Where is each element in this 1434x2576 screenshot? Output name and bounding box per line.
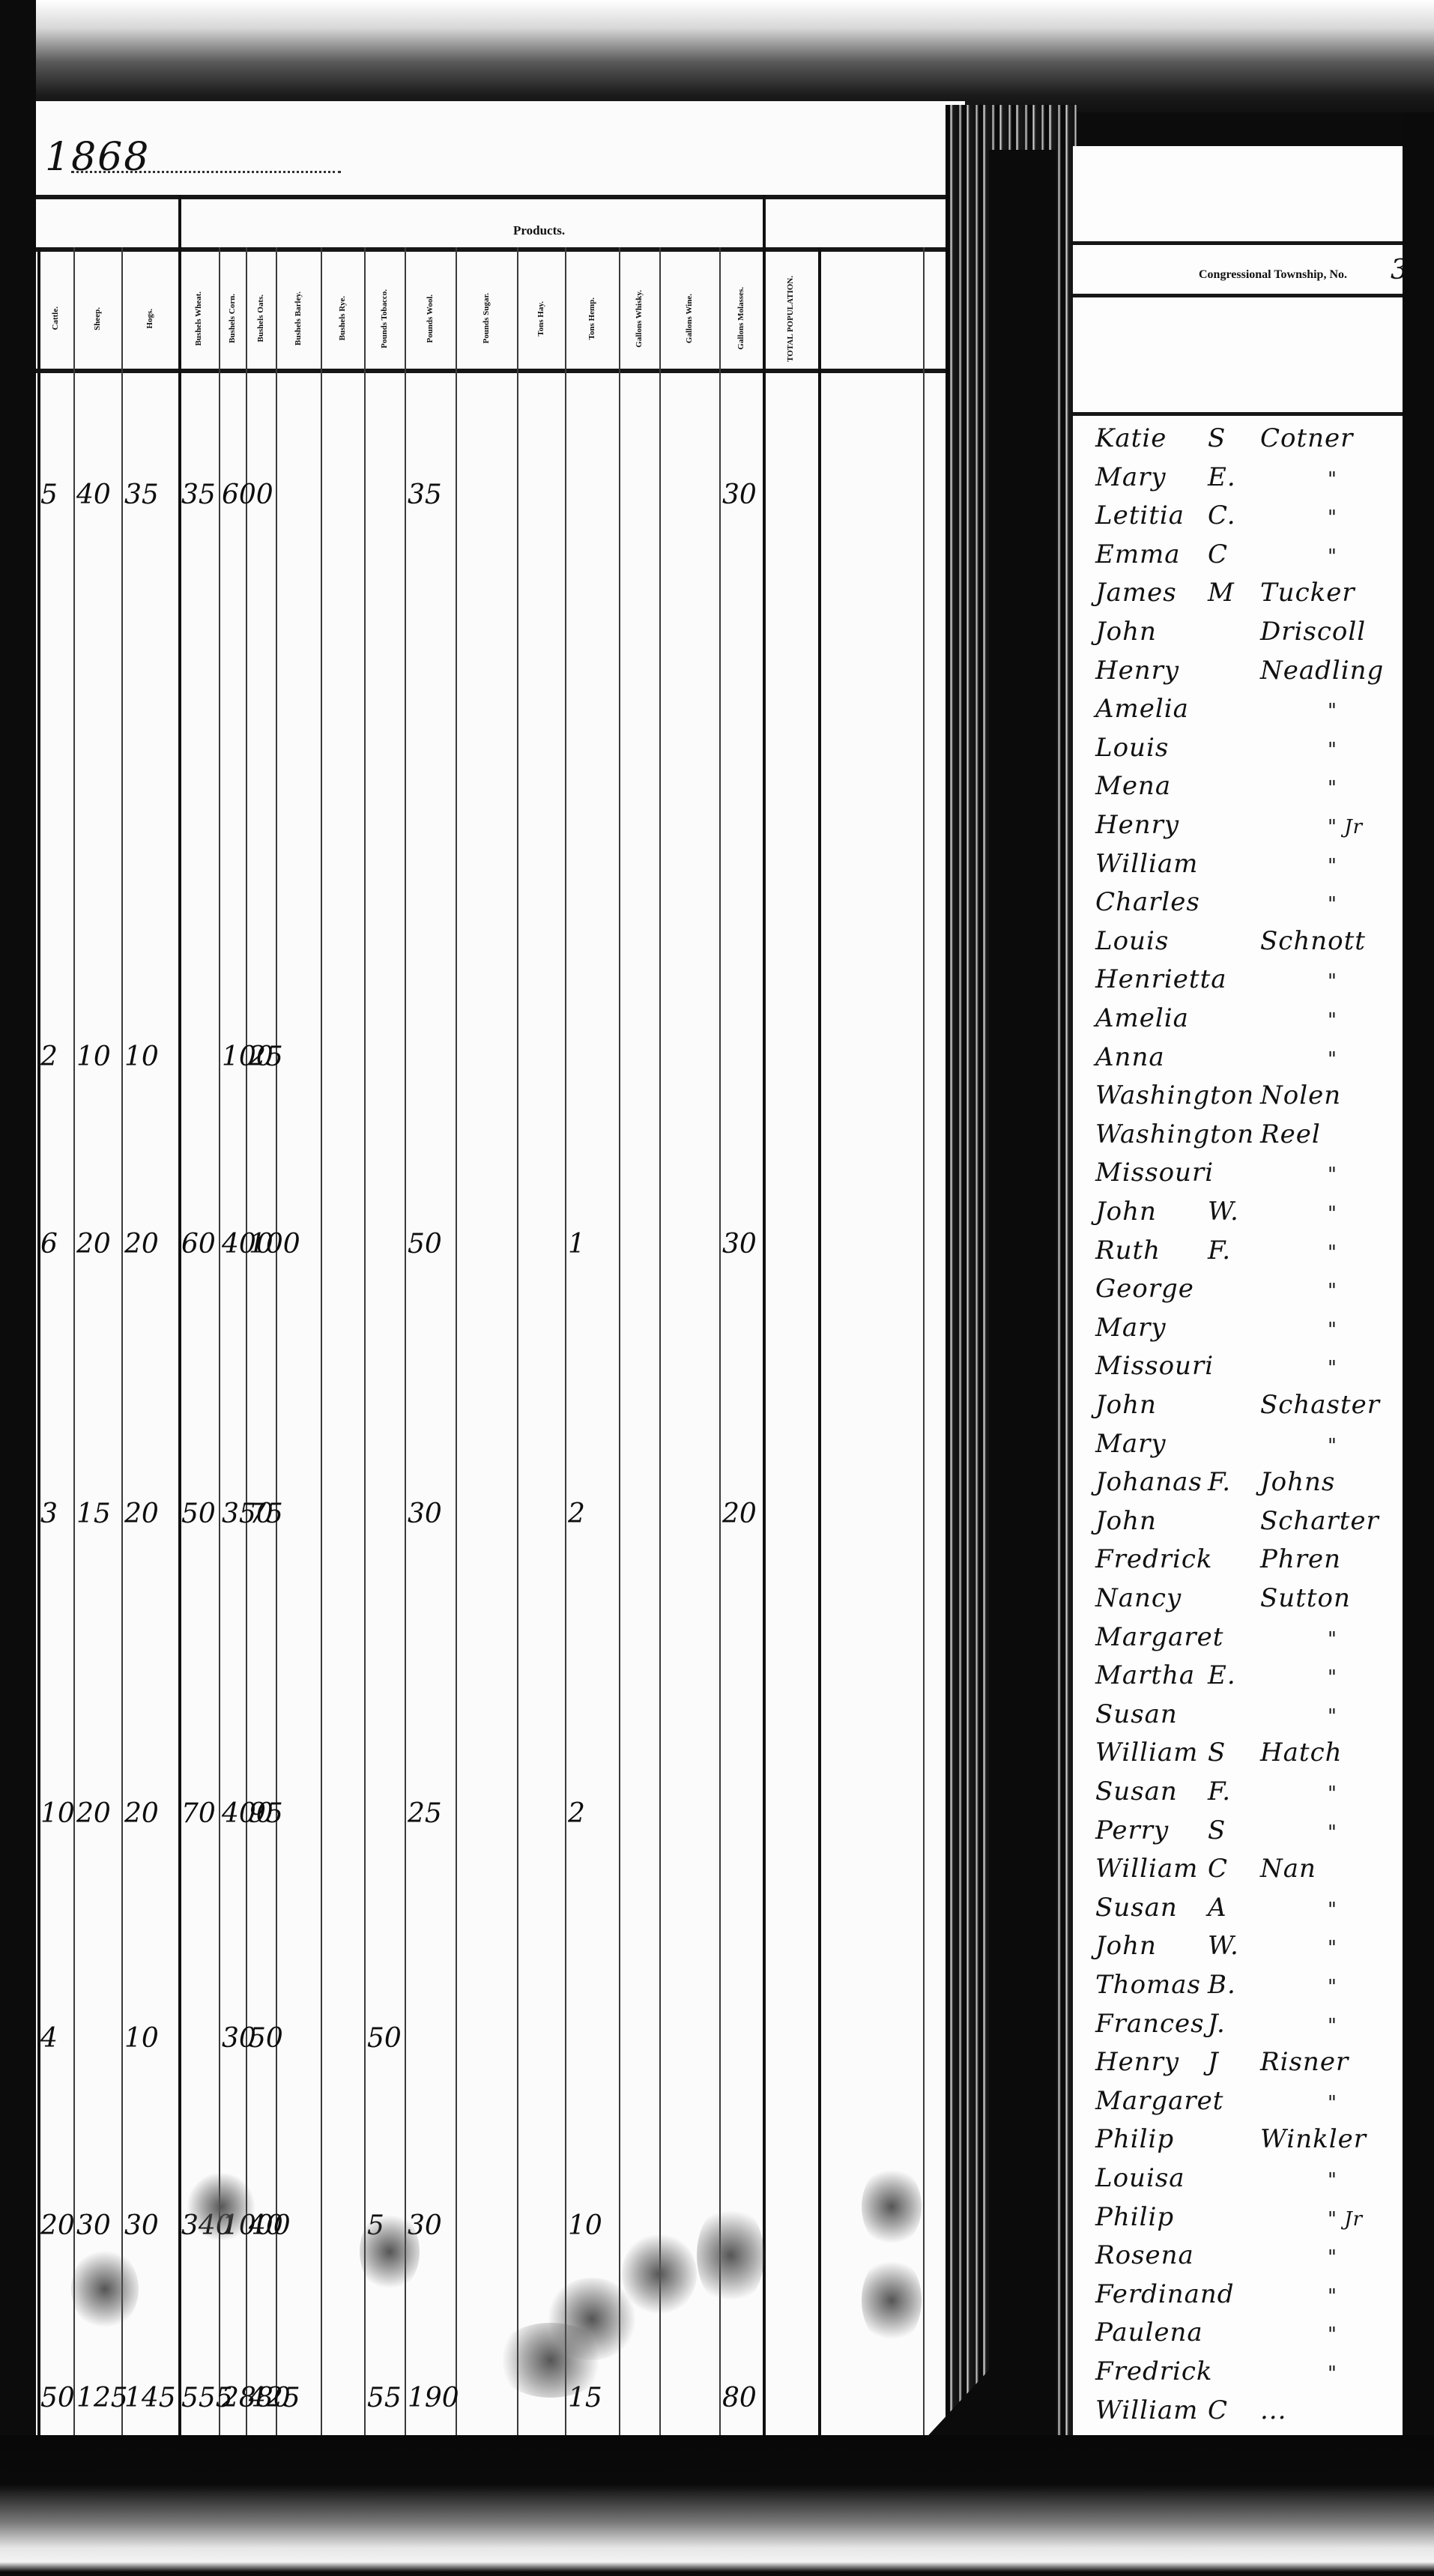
- given-name: Susan: [1095, 1777, 1208, 1806]
- given-name: Letitia: [1095, 501, 1208, 530]
- surname: ": [1328, 1280, 1337, 1302]
- year-heading: 1868: [45, 135, 150, 180]
- surname: ": [1328, 970, 1337, 993]
- resident-name-entry: Mary": [1095, 1429, 1337, 1459]
- surname: ": [1328, 855, 1337, 877]
- given-name: Mary: [1095, 1429, 1208, 1459]
- ink-smudge: [862, 2165, 922, 2248]
- column-divider: [178, 195, 181, 2435]
- rule-head-bottom: [36, 369, 965, 373]
- surname: ": [1328, 777, 1337, 799]
- resident-name-entry: Charles": [1095, 887, 1337, 917]
- given-name: Henrietta: [1095, 964, 1208, 994]
- given-name: William: [1095, 849, 1208, 879]
- surname: Driscoll: [1260, 617, 1366, 647]
- farm-row-6-oats: 40: [249, 2210, 283, 2241]
- resident-name-entry: HenryJRisner: [1095, 2047, 1349, 2077]
- farm-row-2-wool: 50: [408, 1229, 442, 1260]
- ink-smudge: [360, 2210, 420, 2293]
- given-name: Martha: [1095, 1660, 1208, 1690]
- year-dotted-line: [71, 171, 341, 173]
- given-name: Fredrick: [1095, 2356, 1208, 2386]
- given-name: Frances: [1095, 2009, 1208, 2039]
- given-name: Amelia: [1095, 694, 1208, 724]
- surname: ": [1328, 2246, 1337, 2269]
- given-name: Anna: [1095, 1042, 1208, 1072]
- given-name: Missouri: [1095, 1351, 1208, 1381]
- right-rule-head-bottom: [1073, 412, 1403, 416]
- resident-name-entry: KatieSCotner: [1095, 423, 1353, 453]
- column-header-label: Gallons Wine.: [685, 294, 694, 343]
- middle-initial: S: [1208, 1738, 1260, 1768]
- farm-row-2-cattle: 6: [40, 1229, 58, 1260]
- farm-row-1-cattle: 2: [40, 1041, 58, 1072]
- scan-right-edge: [1403, 112, 1434, 2576]
- given-name: George: [1095, 1274, 1208, 1304]
- given-name: Henry: [1095, 810, 1208, 840]
- surname: Johns: [1260, 1467, 1335, 1497]
- column-header-molasses: Gallons Molasses.: [730, 270, 752, 367]
- resident-name-entry: WilliamC...: [1095, 2395, 1286, 2425]
- column-header-label: Bushels Corn.: [228, 294, 237, 343]
- surname: ": [1328, 1048, 1337, 1071]
- farm-row-6-cattle: 20: [40, 2210, 75, 2241]
- surname: Cotner: [1260, 423, 1353, 453]
- resident-name-entry: JohnDriscoll: [1095, 617, 1366, 647]
- surname: ": [1328, 1899, 1337, 1921]
- resident-name-entry: ThomasB.": [1095, 1970, 1337, 2000]
- middle-initial: S: [1208, 1815, 1260, 1845]
- products-group-header: Products.: [513, 223, 565, 238]
- farm-row-4-oats: 95: [249, 1798, 283, 1829]
- farm-row-2-molasses: 30: [722, 1229, 757, 1260]
- farm-row-3-hemp: 2: [568, 1499, 585, 1529]
- farm-row-6-hemp: 10: [568, 2210, 602, 2241]
- totals-row-oats: 425: [249, 2383, 300, 2413]
- farm-row-2-hemp: 1: [568, 1229, 585, 1260]
- totals-row-molasses: 80: [722, 2383, 757, 2413]
- resident-name-entry: JamesMTucker: [1095, 578, 1355, 608]
- farm-row-5-oats: 50: [249, 2023, 283, 2054]
- ink-smudge: [697, 2203, 764, 2308]
- given-name: John: [1095, 1197, 1208, 1227]
- surname: Winkler: [1260, 2124, 1367, 2154]
- farm-row-6-hogs: 30: [124, 2210, 159, 2241]
- surname: ": [1328, 2015, 1337, 2037]
- given-name: Washington: [1095, 1119, 1208, 1149]
- farm-row-2-hogs: 20: [124, 1229, 159, 1260]
- right-rule-top: [1073, 241, 1403, 245]
- resident-name-entry: PerryS": [1095, 1815, 1337, 1845]
- surname: ": [1328, 1203, 1337, 1225]
- resident-name-entry: Margaret": [1095, 1622, 1337, 1652]
- farm-row-3-wool: 30: [408, 1499, 442, 1529]
- farm-row-5-tobacco: 50: [367, 2023, 402, 2054]
- given-name: Perry: [1095, 1815, 1208, 1845]
- given-name: Henry: [1095, 656, 1208, 686]
- farm-row-1-oats: 25: [249, 1041, 283, 1072]
- resident-name-entry: Henrietta": [1095, 964, 1337, 994]
- middle-initial: C.: [1208, 501, 1260, 530]
- given-name: Susan: [1095, 1699, 1208, 1729]
- resident-name-entry: FredrickPhren: [1095, 1544, 1341, 1574]
- resident-name-entry: LetitiaC.": [1095, 501, 1337, 530]
- farm-row-3-molasses: 20: [722, 1499, 757, 1529]
- column-header-population: TOTAL POPULATION.: [779, 270, 802, 367]
- surname: ...: [1260, 2395, 1286, 2425]
- column-header-label: Tons Hemp.: [587, 297, 596, 339]
- given-name: William: [1095, 1854, 1208, 1884]
- surname: ": [1328, 1705, 1337, 1728]
- column-header-label: Bushels Wheat.: [194, 291, 203, 346]
- surname: ": [1328, 2323, 1337, 2346]
- resident-name-entry: Paulena": [1095, 2318, 1337, 2347]
- resident-name-entry: JohanasF.Johns: [1095, 1467, 1335, 1497]
- surname: ": [1328, 700, 1337, 722]
- given-name: Mary: [1095, 1313, 1208, 1343]
- surname: ": [1328, 1976, 1337, 1998]
- column-header-rye: Bushels Rye.: [331, 270, 354, 367]
- middle-initial: E.: [1208, 1660, 1260, 1690]
- column-header-sheep: Sheep.: [86, 270, 109, 367]
- surname: Risner: [1260, 2047, 1349, 2077]
- scan-bottom-shadow: [0, 2435, 1434, 2576]
- resident-name-entry: RuthF.": [1095, 1236, 1337, 1266]
- farm-row-4-sheep: 20: [76, 1798, 111, 1829]
- middle-initial: C: [1208, 2395, 1260, 2425]
- farm-row-3-wheat: 50: [181, 1499, 216, 1529]
- surname: Scharter: [1260, 1506, 1379, 1536]
- column-header-label: Gallons Whisky.: [635, 290, 644, 348]
- rule-top: [36, 195, 965, 199]
- middle-initial: W.: [1208, 1931, 1260, 1961]
- given-name: Paulena: [1095, 2318, 1208, 2347]
- resident-name-entry: WashingtonNolen: [1095, 1080, 1341, 1110]
- resident-name-entry: MaryE.": [1095, 462, 1337, 492]
- resident-name-entry: EmmaC": [1095, 539, 1337, 569]
- surname: ": [1328, 2362, 1337, 2385]
- column-divider: [763, 195, 766, 2435]
- binding-shadow: [989, 150, 1056, 2495]
- given-name: Amelia: [1095, 1003, 1208, 1033]
- column-divider: [517, 247, 518, 2435]
- given-name: Mary: [1095, 462, 1208, 492]
- resident-name-entry: HenryNeadling: [1095, 656, 1384, 686]
- given-name: Louis: [1095, 733, 1208, 763]
- given-name: Mena: [1095, 771, 1208, 801]
- surname: ": [1328, 2169, 1337, 2192]
- middle-initial: S: [1208, 423, 1260, 453]
- column-header-label: Bushels Barley.: [294, 291, 303, 345]
- resident-name-entry: Amelia": [1095, 694, 1337, 724]
- resident-name-entry: Rosena": [1095, 2240, 1337, 2270]
- column-divider: [121, 247, 123, 2435]
- totals-row-sheep: 125: [76, 2383, 128, 2413]
- resident-name-entry: Missouri": [1095, 1351, 1337, 1381]
- farm-row-5-cattle: 4: [40, 2023, 58, 2054]
- surname: ": [1328, 1666, 1337, 1689]
- farm-row-4-hogs: 20: [124, 1798, 159, 1829]
- column-divider: [456, 247, 457, 2435]
- middle-initial: M: [1208, 578, 1260, 608]
- column-header-wheat: Bushels Wheat.: [187, 270, 210, 367]
- farm-row-1-hogs: 10: [124, 1041, 159, 1072]
- surname: Sutton: [1260, 1583, 1351, 1613]
- given-name: Emma: [1095, 539, 1208, 569]
- given-name: James: [1095, 578, 1208, 608]
- column-divider: [659, 247, 661, 2435]
- middle-initial: C: [1208, 1854, 1260, 1884]
- resident-name-entry: SusanA": [1095, 1893, 1337, 1923]
- given-name: Ferdinand: [1095, 2279, 1208, 2309]
- resident-name-entry: Anna": [1095, 1042, 1337, 1072]
- given-name: Philip: [1095, 2202, 1208, 2232]
- farm-row-5-hogs: 10: [124, 2023, 159, 2054]
- column-divider: [321, 247, 322, 2435]
- given-name: John: [1095, 1931, 1208, 1961]
- farm-row-0-sheep: 40: [76, 480, 111, 510]
- resident-name-entry: Henry" Jr: [1095, 810, 1363, 840]
- resident-name-entry: WilliamCNan: [1095, 1854, 1316, 1884]
- farm-row-6-sheep: 30: [76, 2210, 111, 2241]
- given-name: Henry: [1095, 2047, 1208, 2077]
- given-name: John: [1095, 1506, 1208, 1536]
- given-name: Susan: [1095, 1893, 1208, 1923]
- scan-top-shadow: [36, 0, 1434, 112]
- surname: ": [1328, 893, 1337, 916]
- farm-row-2-wheat: 60: [181, 1229, 216, 1260]
- farm-row-0-molasses: 30: [722, 480, 757, 510]
- column-header-hogs: Hogs.: [139, 270, 161, 367]
- surname: ": [1328, 1821, 1337, 1844]
- column-header-label: Gallons Molasses.: [736, 287, 745, 350]
- resident-name-entry: FrancesJ.": [1095, 2009, 1337, 2039]
- column-header-label: Cattle.: [51, 306, 60, 330]
- farm-row-3-oats: 75: [249, 1499, 283, 1529]
- farm-row-4-cattle: 10: [40, 1798, 75, 1829]
- resident-name-entry: JohnScharter: [1095, 1506, 1379, 1536]
- resident-name-entry: Fredrick": [1095, 2356, 1337, 2386]
- farm-row-3-hogs: 20: [124, 1499, 159, 1529]
- column-divider: [364, 247, 366, 2435]
- surname: ": [1328, 2092, 1337, 2114]
- column-header-barley: Bushels Barley.: [287, 270, 309, 367]
- column-divider: [719, 247, 721, 2435]
- middle-initial: F.: [1208, 1777, 1260, 1806]
- rule-group: [36, 247, 965, 252]
- resident-name-entry: Mena": [1095, 771, 1337, 801]
- farm-row-0-corn: 600: [222, 480, 273, 510]
- column-header-wine: Gallons Wine.: [678, 270, 701, 367]
- column-divider: [246, 247, 247, 2435]
- surname: Neadling: [1260, 656, 1384, 686]
- column-header-cattle: Cattle.: [44, 270, 67, 367]
- given-name: Washington: [1095, 1080, 1208, 1110]
- resident-name-entry: Ferdinand": [1095, 2279, 1337, 2309]
- middle-initial: A: [1208, 1893, 1260, 1923]
- given-name: Missouri: [1095, 1158, 1208, 1188]
- farm-row-4-hemp: 2: [568, 1798, 585, 1829]
- surname: ": [1328, 507, 1337, 529]
- middle-initial: E.: [1208, 462, 1260, 492]
- given-name: Johanas: [1095, 1467, 1208, 1497]
- surname: ": [1328, 1435, 1337, 1457]
- column-header-label: Bushels Rye.: [338, 296, 347, 341]
- given-name: Fredrick: [1095, 1544, 1208, 1574]
- column-divider: [73, 247, 75, 2435]
- middle-initial: F.: [1208, 1467, 1260, 1497]
- surname: ": [1328, 1783, 1337, 1805]
- totals-row-hogs: 145: [124, 2383, 176, 2413]
- column-header-label: Bushels Oats.: [256, 294, 265, 342]
- surname: ": [1328, 2285, 1337, 2308]
- column-header-label: Pounds Sugar.: [482, 293, 491, 343]
- surname: ": [1328, 739, 1337, 761]
- farm-row-0-wheat: 35: [181, 480, 216, 510]
- column-divider: [923, 247, 925, 2435]
- surname: Nan: [1260, 1854, 1316, 1884]
- column-header-whisky: Gallons Whisky.: [628, 270, 650, 367]
- middle-initial: B.: [1208, 1970, 1260, 2000]
- middle-initial: J: [1208, 2047, 1260, 2077]
- column-header-label: Sheep.: [93, 307, 102, 330]
- middle-initial: J.: [1208, 2009, 1260, 2039]
- resident-name-entry: Margaret": [1095, 2086, 1337, 2116]
- resident-name-entry: George": [1095, 1274, 1337, 1304]
- resident-name-entry: Louisa": [1095, 2163, 1337, 2193]
- given-name: Charles: [1095, 887, 1208, 917]
- column-header-oats: Bushels Oats.: [249, 270, 272, 367]
- surname: Hatch: [1260, 1738, 1343, 1768]
- given-name: William: [1095, 2395, 1208, 2425]
- column-header-hay: Tons Hay.: [530, 270, 552, 367]
- column-header-label: Tons Hay.: [536, 301, 545, 336]
- column-divider: [219, 247, 220, 2435]
- given-name: John: [1095, 1390, 1208, 1420]
- resident-name-entry: Philip" Jr: [1095, 2202, 1363, 2232]
- given-name: Louis: [1095, 926, 1208, 956]
- surname: ": [1328, 1628, 1337, 1651]
- column-header-wool: Pounds Wool.: [419, 270, 441, 367]
- resident-name-entry: JohnSchaster: [1095, 1390, 1380, 1420]
- resident-name-entry: LouisSchnott: [1095, 926, 1366, 956]
- resident-name-entry: SusanF.": [1095, 1777, 1337, 1806]
- resident-name-entry: Louis": [1095, 733, 1337, 763]
- column-divider: [405, 247, 406, 2435]
- surname: ": [1328, 1242, 1337, 1264]
- column-header-corn: Bushels Corn.: [221, 270, 243, 367]
- surname: ": [1328, 468, 1337, 491]
- column-header-label: TOTAL POPULATION.: [786, 276, 795, 362]
- surname: " Jr: [1328, 2208, 1363, 2231]
- surname: Schaster: [1260, 1390, 1380, 1420]
- resident-name-entry: Missouri": [1095, 1158, 1337, 1188]
- resident-name-entry: WashingtonReel: [1095, 1119, 1321, 1149]
- column-divider: [619, 247, 620, 2435]
- column-header-label: Hogs.: [145, 309, 154, 329]
- surname: Tucker: [1260, 578, 1355, 608]
- surname: ": [1328, 1164, 1337, 1186]
- given-name: William: [1095, 1738, 1208, 1768]
- column-header-sugar: Pounds Sugar.: [475, 270, 497, 367]
- column-header-tobacco: Pounds Tobacco.: [373, 270, 396, 367]
- farm-row-1-sheep: 10: [76, 1041, 111, 1072]
- ink-smudge: [71, 2248, 139, 2330]
- given-name: Katie: [1095, 423, 1208, 453]
- resident-name-entry: NancySutton: [1095, 1583, 1351, 1613]
- column-divider: [565, 247, 566, 2435]
- farm-row-4-wheat: 70: [181, 1798, 216, 1829]
- ink-smudge: [494, 2323, 607, 2398]
- given-name: Rosena: [1095, 2240, 1208, 2270]
- resident-name-entry: MarthaE.": [1095, 1660, 1337, 1690]
- surname: Schnott: [1260, 926, 1366, 956]
- given-name: Nancy: [1095, 1583, 1208, 1613]
- totals-row-wool: 190: [408, 2383, 459, 2413]
- resident-name-entry: William": [1095, 849, 1337, 879]
- township-label: Congressional Township, No.: [1199, 268, 1347, 282]
- given-name: Ruth: [1095, 1236, 1208, 1266]
- column-divider: [818, 247, 821, 2435]
- column-header-label: Pounds Wool.: [426, 294, 435, 343]
- middle-initial: C: [1208, 539, 1260, 569]
- given-name: Louisa: [1095, 2163, 1208, 2193]
- farm-row-0-hogs: 35: [124, 480, 159, 510]
- totals-row-tobacco: 55: [367, 2383, 402, 2413]
- resident-name-entry: WilliamSHatch: [1095, 1738, 1343, 1768]
- surname: Phren: [1260, 1544, 1341, 1574]
- surname: ": [1328, 1357, 1337, 1379]
- ink-smudge: [187, 2173, 255, 2240]
- given-name: Margaret: [1095, 1622, 1208, 1652]
- farm-row-3-sheep: 15: [76, 1499, 111, 1529]
- surname: ": [1328, 1937, 1337, 1959]
- totals-row-cattle: 50: [40, 2383, 75, 2413]
- resident-name-entry: Amelia": [1095, 1003, 1337, 1033]
- given-name: Philip: [1095, 2124, 1208, 2154]
- ledger-left-page: [36, 101, 965, 2439]
- ink-smudge: [862, 2255, 922, 2345]
- column-divider: [37, 247, 40, 2435]
- farm-row-0-cattle: 5: [40, 480, 58, 510]
- middle-initial: W.: [1208, 1197, 1260, 1227]
- surname: ": [1328, 1319, 1337, 1341]
- ink-smudge: [622, 2233, 697, 2315]
- column-header-label: Pounds Tobacco.: [380, 289, 389, 348]
- given-name: Margaret: [1095, 2086, 1208, 2116]
- resident-name-entry: JohnW.": [1095, 1197, 1337, 1227]
- given-name: Thomas: [1095, 1970, 1208, 2000]
- farm-row-2-oats: 100: [249, 1229, 300, 1260]
- surname: Reel: [1260, 1119, 1321, 1149]
- right-rule-label: [1073, 294, 1403, 297]
- resident-name-entry: Susan": [1095, 1699, 1337, 1729]
- farm-row-4-wool: 25: [408, 1798, 442, 1829]
- surname: ": [1328, 545, 1337, 568]
- surname: " Jr: [1328, 816, 1363, 838]
- resident-name-entry: JohnW.": [1095, 1931, 1337, 1961]
- surname: ": [1328, 1009, 1337, 1032]
- surname: Nolen: [1260, 1080, 1341, 1110]
- given-name: John: [1095, 617, 1208, 647]
- farm-row-2-sheep: 20: [76, 1229, 111, 1260]
- column-header-hemp: Tons Hemp.: [581, 270, 603, 367]
- resident-name-entry: Mary": [1095, 1313, 1337, 1343]
- column-divider: [276, 247, 277, 2435]
- farm-row-0-wool: 35: [408, 480, 442, 510]
- farm-row-3-cattle: 3: [40, 1499, 58, 1529]
- resident-name-entry: PhilipWinkler: [1095, 2124, 1367, 2154]
